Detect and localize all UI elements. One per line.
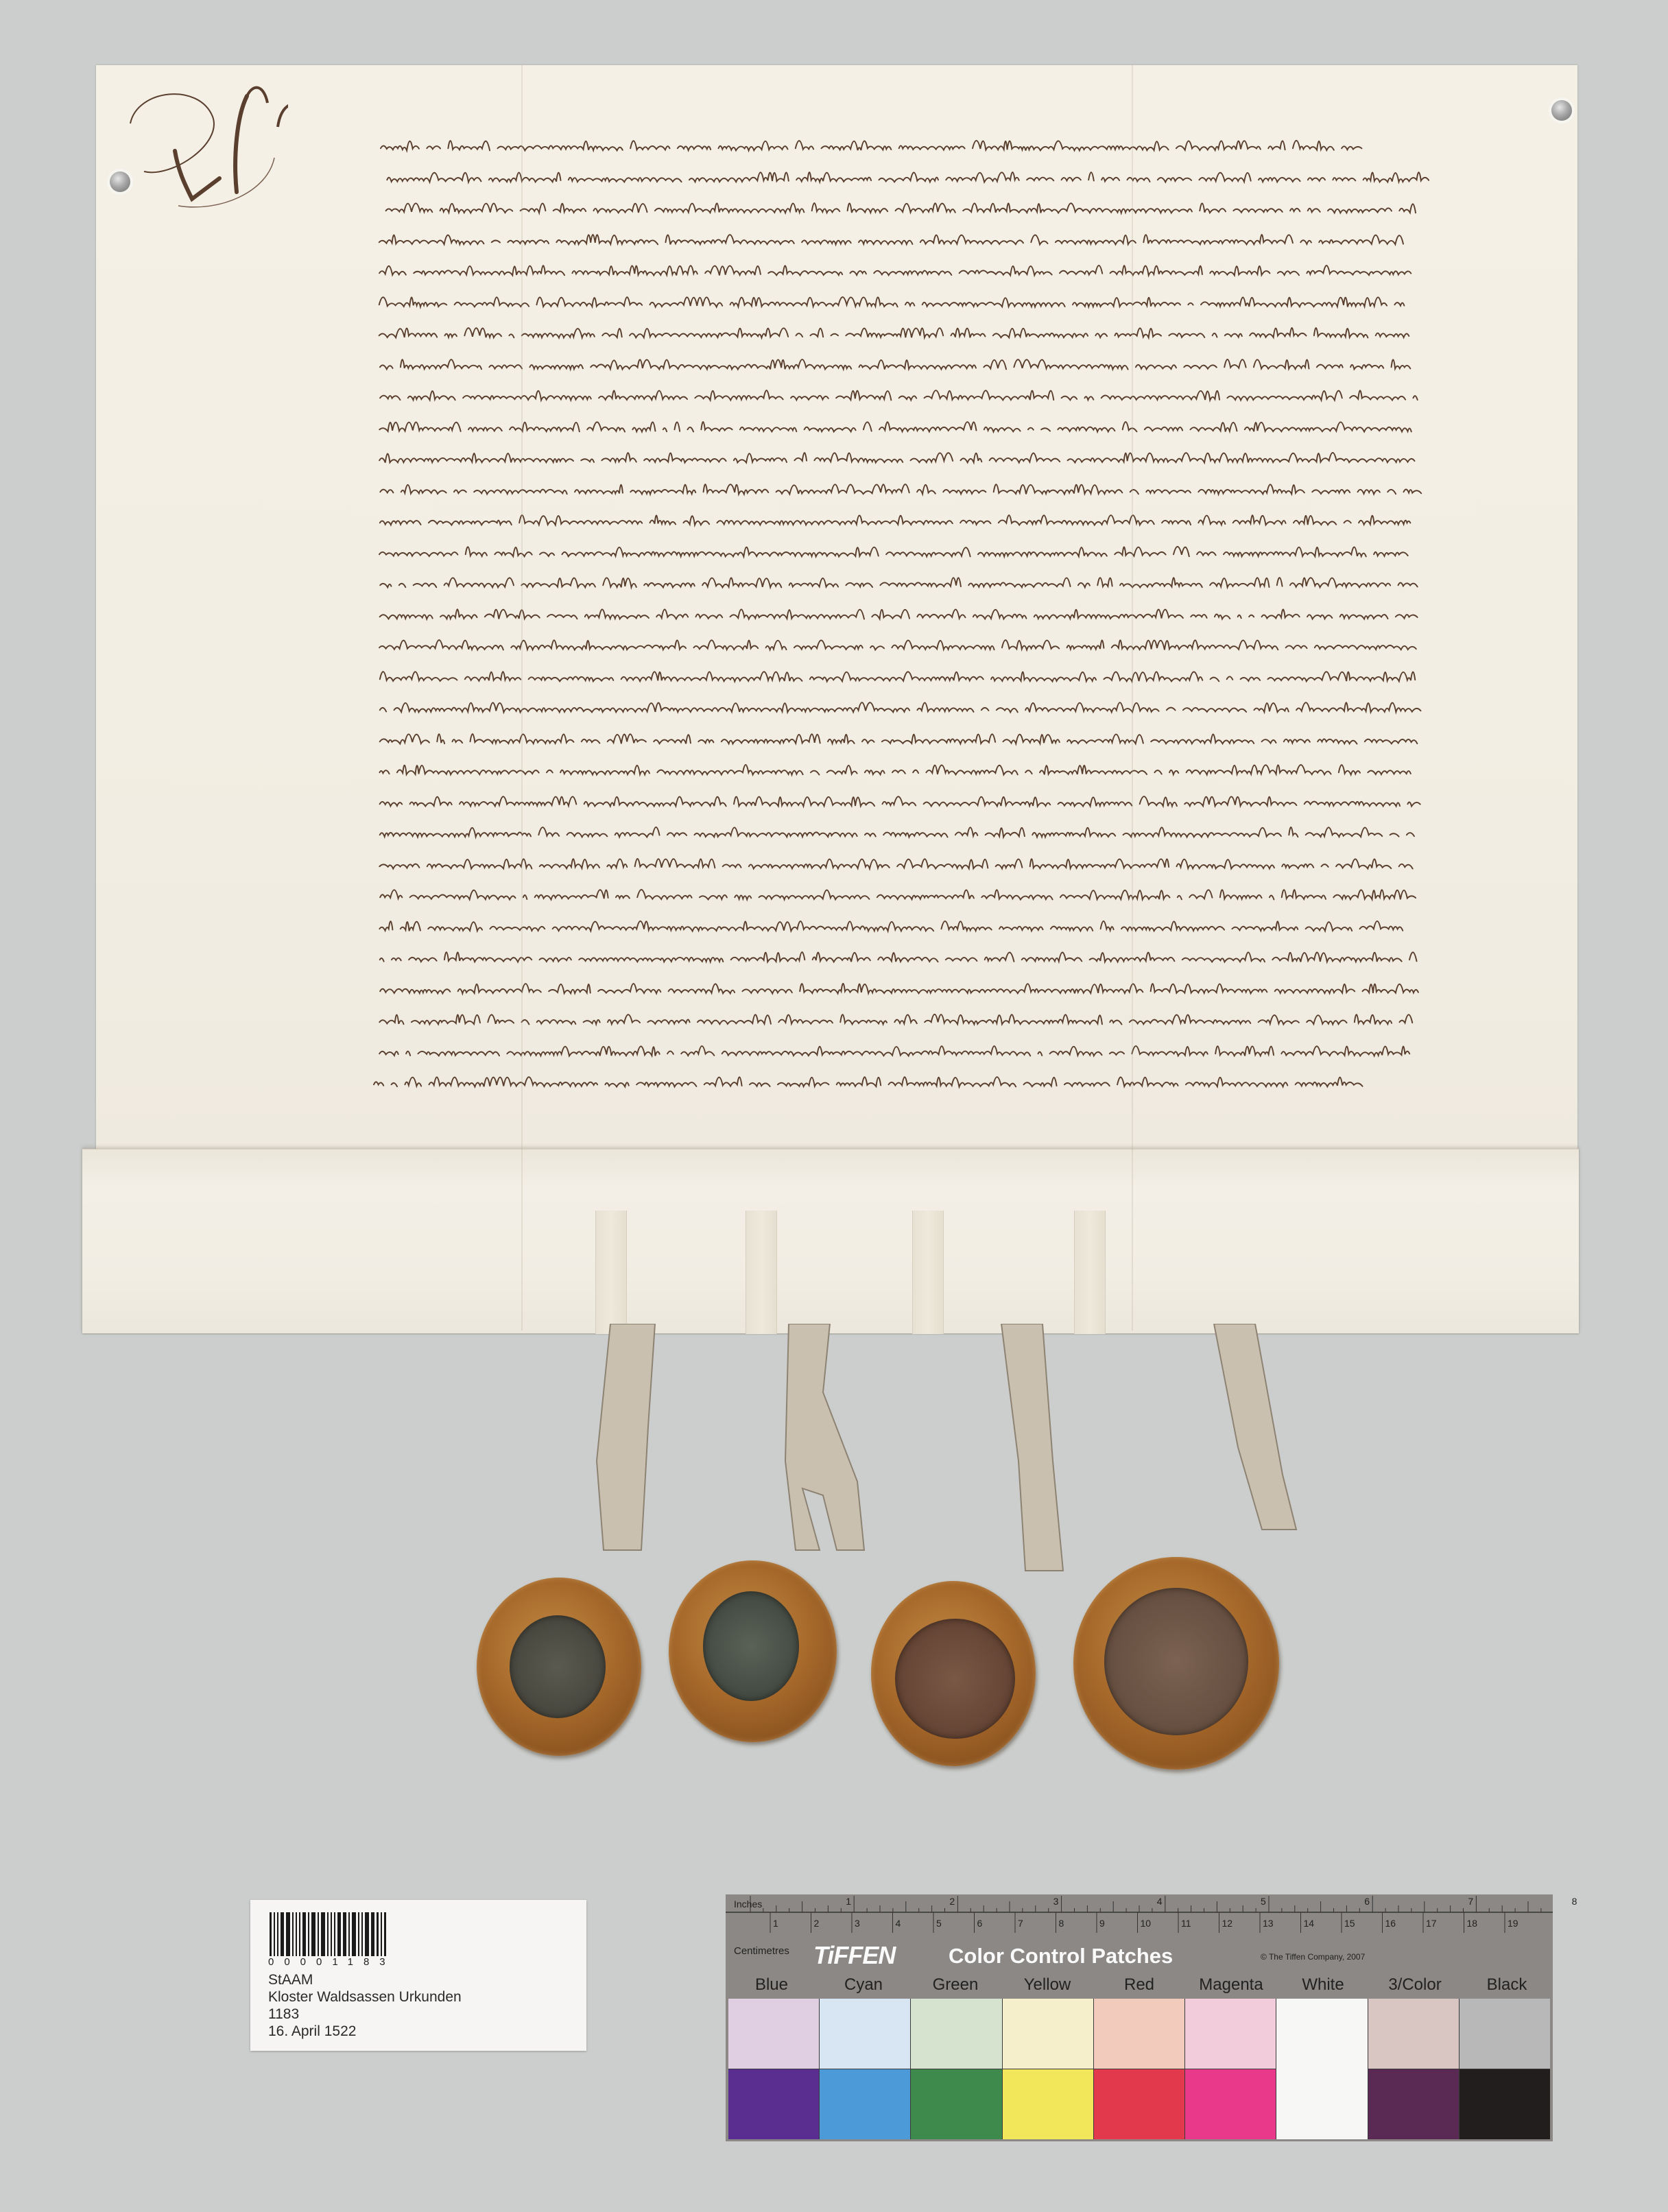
patch-label: Blue xyxy=(726,1975,818,1995)
patch-column-yellow xyxy=(1003,1999,1094,2139)
cm-tick-label: 5 xyxy=(936,1918,942,1929)
inch-tick-label: 3 xyxy=(1053,1896,1059,1907)
barcode-bar xyxy=(371,1912,374,1956)
cm-tick-label: 11 xyxy=(1181,1918,1191,1929)
cm-tick-label: 9 xyxy=(1099,1918,1105,1929)
wax-seal-2 xyxy=(669,1560,837,1742)
cm-tick-label: 7 xyxy=(1018,1918,1023,1929)
copyright-notice: © The Tiffen Company, 2007 xyxy=(1261,1952,1365,1962)
cm-tick-label: 8 xyxy=(1059,1918,1064,1929)
patch-white xyxy=(1276,1999,1367,2139)
patch-light xyxy=(1368,1999,1459,2069)
patch-light xyxy=(1459,1999,1550,2069)
barcode-bar xyxy=(308,1912,309,1956)
patch-light xyxy=(911,1999,1001,2069)
patch-light xyxy=(728,1999,819,2069)
patch-label: Green xyxy=(909,1975,1001,1995)
punch-hole-right xyxy=(1551,100,1572,121)
barcode-bar xyxy=(331,1912,332,1956)
barcode-bar xyxy=(281,1912,284,1956)
script-line xyxy=(261,824,1532,839)
collection-name: Kloster Waldsassen Urkunden xyxy=(268,1988,462,2006)
cm-tick-label: 18 xyxy=(1467,1918,1478,1929)
script-line xyxy=(261,449,1527,464)
cm-tick-label: 1 xyxy=(773,1918,778,1929)
wax-seal-1 xyxy=(477,1578,641,1756)
barcode-bar xyxy=(381,1912,382,1956)
script-line xyxy=(261,1011,1528,1026)
patch-label: White xyxy=(1277,1975,1369,1995)
chart-title: Color Control Patches xyxy=(949,1944,1173,1969)
barcode-bar xyxy=(361,1912,363,1956)
script-line xyxy=(261,574,1535,589)
script-line xyxy=(261,886,1535,901)
barcode-bar xyxy=(358,1912,359,1956)
cm-tick-label: 16 xyxy=(1385,1918,1396,1929)
cm-tick-label: 2 xyxy=(814,1918,820,1929)
barcode-bar xyxy=(334,1912,335,1956)
script-line xyxy=(261,855,1529,870)
script-line xyxy=(261,387,1534,402)
patch-dark xyxy=(1094,2069,1184,2139)
patch-light xyxy=(820,1999,910,2069)
cm-tick-label: 4 xyxy=(896,1918,901,1929)
script-line xyxy=(261,543,1526,558)
barcode-bar xyxy=(299,1912,300,1956)
barcode-bar xyxy=(311,1912,315,1956)
patch-column-green xyxy=(911,1999,1002,2139)
centimetres-label: Centimetres xyxy=(734,1945,789,1957)
patch-dark xyxy=(1185,2069,1276,2139)
barcode-bar xyxy=(337,1912,341,1956)
fold-crease xyxy=(1132,65,1133,1331)
barcode-bar xyxy=(274,1912,275,1956)
patch-names: BlueCyanGreenYellowRedMagentaWhite3/Colo… xyxy=(726,1975,1553,1995)
cm-tick-label: 12 xyxy=(1222,1918,1233,1929)
patch-column-blue xyxy=(728,1999,820,2139)
barcode-bar xyxy=(277,1912,278,1956)
script-line xyxy=(261,606,1531,621)
patch-dark xyxy=(1368,2069,1459,2139)
cm-tick-label: 13 xyxy=(1263,1918,1274,1929)
seal-impression xyxy=(510,1615,606,1718)
cord-slit xyxy=(595,1211,627,1334)
cord-slit xyxy=(912,1211,944,1334)
cm-tick-label: 19 xyxy=(1508,1918,1518,1929)
patch-light xyxy=(1185,1999,1276,2069)
script-line xyxy=(261,1043,1527,1058)
patch-column-red xyxy=(1094,1999,1185,2139)
cm-tick-label: 3 xyxy=(855,1918,860,1929)
patch-column-cyan xyxy=(820,1999,911,2139)
barcode-bar xyxy=(318,1912,319,1956)
inch-tick-label: 2 xyxy=(949,1896,955,1907)
barcode-bar xyxy=(348,1912,350,1956)
cord-slit xyxy=(1074,1211,1106,1334)
wax-seal-4 xyxy=(1073,1557,1279,1770)
seal-cords xyxy=(480,1324,1372,1598)
inch-tick-label: 1 xyxy=(846,1896,851,1907)
patch-dark xyxy=(1003,2069,1093,2139)
patch-label: 3/Color xyxy=(1369,1975,1461,1995)
barcode-bar xyxy=(343,1912,346,1956)
script-line xyxy=(261,512,1533,527)
cm-tick-label: 15 xyxy=(1344,1918,1355,1929)
cm-tick-label: 14 xyxy=(1304,1918,1315,1929)
patch-label: Red xyxy=(1093,1975,1185,1995)
patch-light xyxy=(1003,1999,1093,2069)
barcode-bar xyxy=(384,1912,386,1956)
script-line xyxy=(261,481,1536,496)
inch-tick-label: 5 xyxy=(1261,1896,1266,1907)
patch-dark xyxy=(728,2069,819,2139)
color-patches xyxy=(728,1999,1550,2139)
plica-fold xyxy=(82,1149,1579,1333)
barcode-bar xyxy=(296,1912,297,1956)
script-line xyxy=(261,231,1525,246)
inch-tick-label: 7 xyxy=(1468,1896,1473,1907)
script-line xyxy=(261,980,1535,995)
inch-tick-label: 4 xyxy=(1157,1896,1163,1907)
patch-column-magenta xyxy=(1185,1999,1276,2139)
patch-label: Yellow xyxy=(1001,1975,1093,1995)
script-line xyxy=(261,262,1527,277)
patch-light xyxy=(1094,1999,1184,2069)
script-line xyxy=(261,761,1529,776)
barcode-bar xyxy=(292,1912,294,1956)
patch-label: Cyan xyxy=(818,1975,909,1995)
archive-label: 00001183 StAAM Kloster Waldsassen Urkund… xyxy=(250,1900,586,2051)
script-line xyxy=(261,918,1529,933)
barcode-bar xyxy=(302,1912,306,1956)
patch-dark xyxy=(1459,2069,1550,2139)
script-line xyxy=(261,949,1532,964)
patch-column-black xyxy=(1459,1999,1550,2139)
script-line xyxy=(261,1073,1468,1089)
barcode-bar xyxy=(365,1912,369,1956)
barcode-bar xyxy=(286,1912,290,1956)
script-line xyxy=(261,637,1527,652)
barcode xyxy=(270,1912,388,1956)
inch-tick-label: 8 xyxy=(1572,1896,1577,1907)
barcode-bar xyxy=(327,1912,329,1956)
patch-column-white xyxy=(1276,1999,1368,2139)
script-line xyxy=(261,324,1524,340)
archive-name: StAAM xyxy=(268,1971,462,1988)
wax-seal-3 xyxy=(871,1581,1036,1766)
barcode-bar xyxy=(270,1912,272,1956)
cm-tick-label: 17 xyxy=(1426,1918,1437,1929)
cord-slit xyxy=(746,1211,777,1334)
seal-impression xyxy=(1104,1588,1248,1735)
charter-date: 16. April 1522 xyxy=(268,2023,462,2040)
patch-column-3-color xyxy=(1368,1999,1459,2139)
patch-dark xyxy=(820,2069,910,2139)
script-line xyxy=(261,418,1528,433)
decorated-initial xyxy=(110,75,288,213)
color-control-chart: Inches 123456781234567891011121314151617… xyxy=(726,1894,1553,2141)
script-line xyxy=(261,699,1532,714)
inches-label: Inches xyxy=(734,1899,762,1910)
handwritten-text-block xyxy=(267,137,1543,1193)
script-line xyxy=(267,137,1475,152)
charter-number: 1183 xyxy=(268,2006,462,2023)
script-line xyxy=(267,169,1542,184)
inch-tick-label: 6 xyxy=(1364,1896,1370,1907)
patch-label: Magenta xyxy=(1185,1975,1277,1995)
barcode-number: 00001183 xyxy=(268,1956,396,1968)
script-line xyxy=(261,730,1532,746)
barcode-bar xyxy=(352,1912,356,1956)
seal-impression xyxy=(895,1619,1015,1739)
script-line xyxy=(261,668,1532,683)
patch-dark xyxy=(911,2069,1001,2139)
tiffen-logo: TiFFEN xyxy=(813,1941,895,1970)
seal-impression xyxy=(703,1591,799,1701)
script-line xyxy=(261,793,1531,808)
script-line xyxy=(267,200,1530,215)
barcode-bar xyxy=(377,1912,379,1956)
script-line xyxy=(261,356,1534,371)
fold-crease xyxy=(521,65,523,1331)
barcode-bar xyxy=(321,1912,325,1956)
script-line xyxy=(261,294,1525,309)
patch-label: Black xyxy=(1461,1975,1553,1995)
cm-tick-label: 10 xyxy=(1141,1918,1152,1929)
cm-tick-label: 6 xyxy=(977,1918,983,1929)
